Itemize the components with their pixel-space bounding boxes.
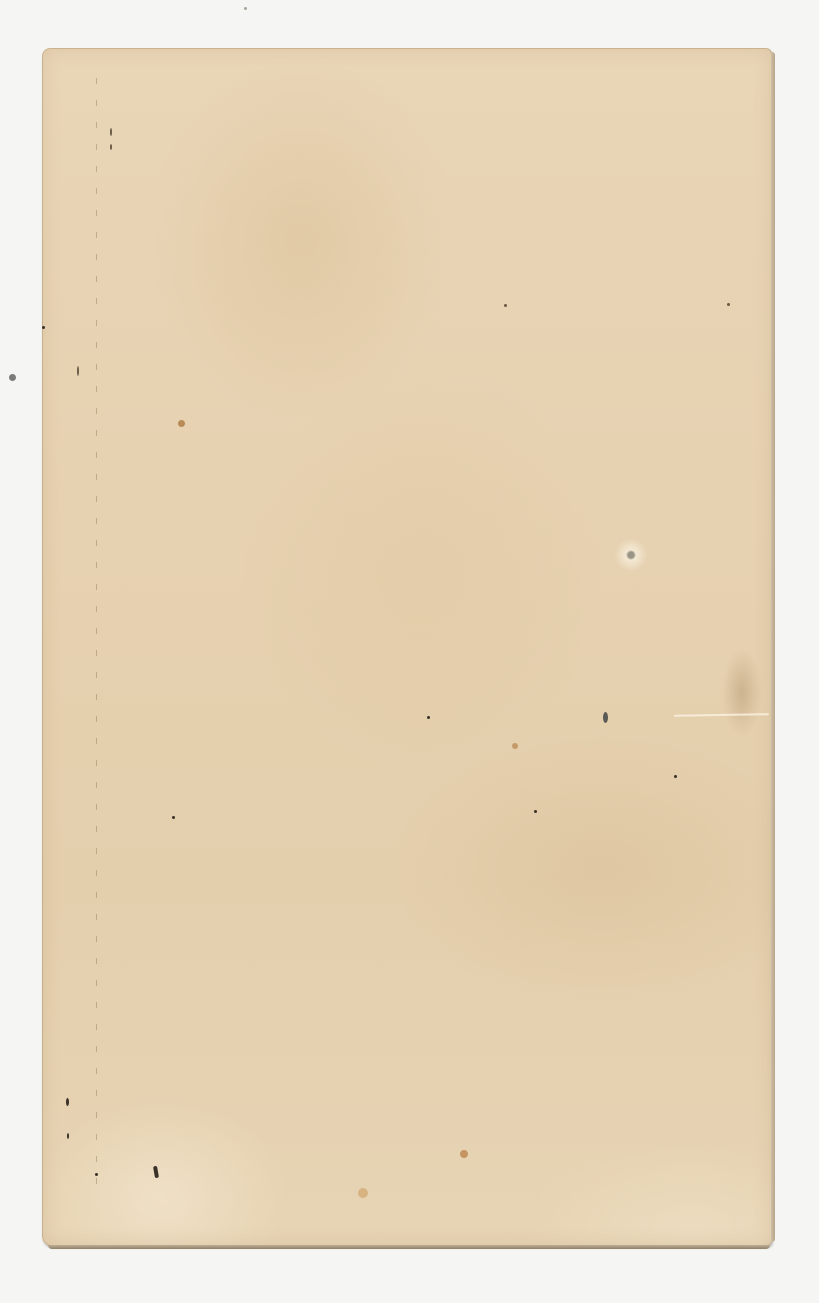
ink-speck	[427, 716, 430, 719]
light-spot-stain	[614, 538, 648, 572]
aged-card-back	[42, 48, 772, 1246]
ink-speck	[504, 304, 507, 307]
card-edge-bottom	[48, 1245, 770, 1249]
ink-speck	[110, 144, 112, 150]
ink-speck	[95, 1173, 98, 1176]
ink-speck	[66, 1098, 69, 1106]
ink-speck	[110, 128, 112, 136]
ink-speck	[727, 303, 730, 306]
brown-stain	[512, 743, 518, 749]
ink-speck	[77, 366, 79, 376]
dark-edge-stain	[722, 648, 762, 738]
background-speck	[9, 374, 16, 381]
ink-speck	[674, 775, 677, 778]
ink-speck	[172, 816, 175, 819]
background-speck	[244, 7, 247, 10]
ink-speck	[153, 1166, 159, 1179]
ink-speck	[603, 712, 608, 723]
brown-stain	[358, 1188, 368, 1198]
dotted-border-line	[96, 78, 97, 1198]
photo-scene	[0, 0, 819, 1303]
ink-speck	[67, 1133, 69, 1139]
brown-stain	[178, 420, 185, 427]
ink-speck	[534, 810, 537, 813]
ink-speck	[42, 326, 45, 329]
card-edge-right	[771, 52, 775, 1242]
brown-stain	[460, 1150, 468, 1158]
